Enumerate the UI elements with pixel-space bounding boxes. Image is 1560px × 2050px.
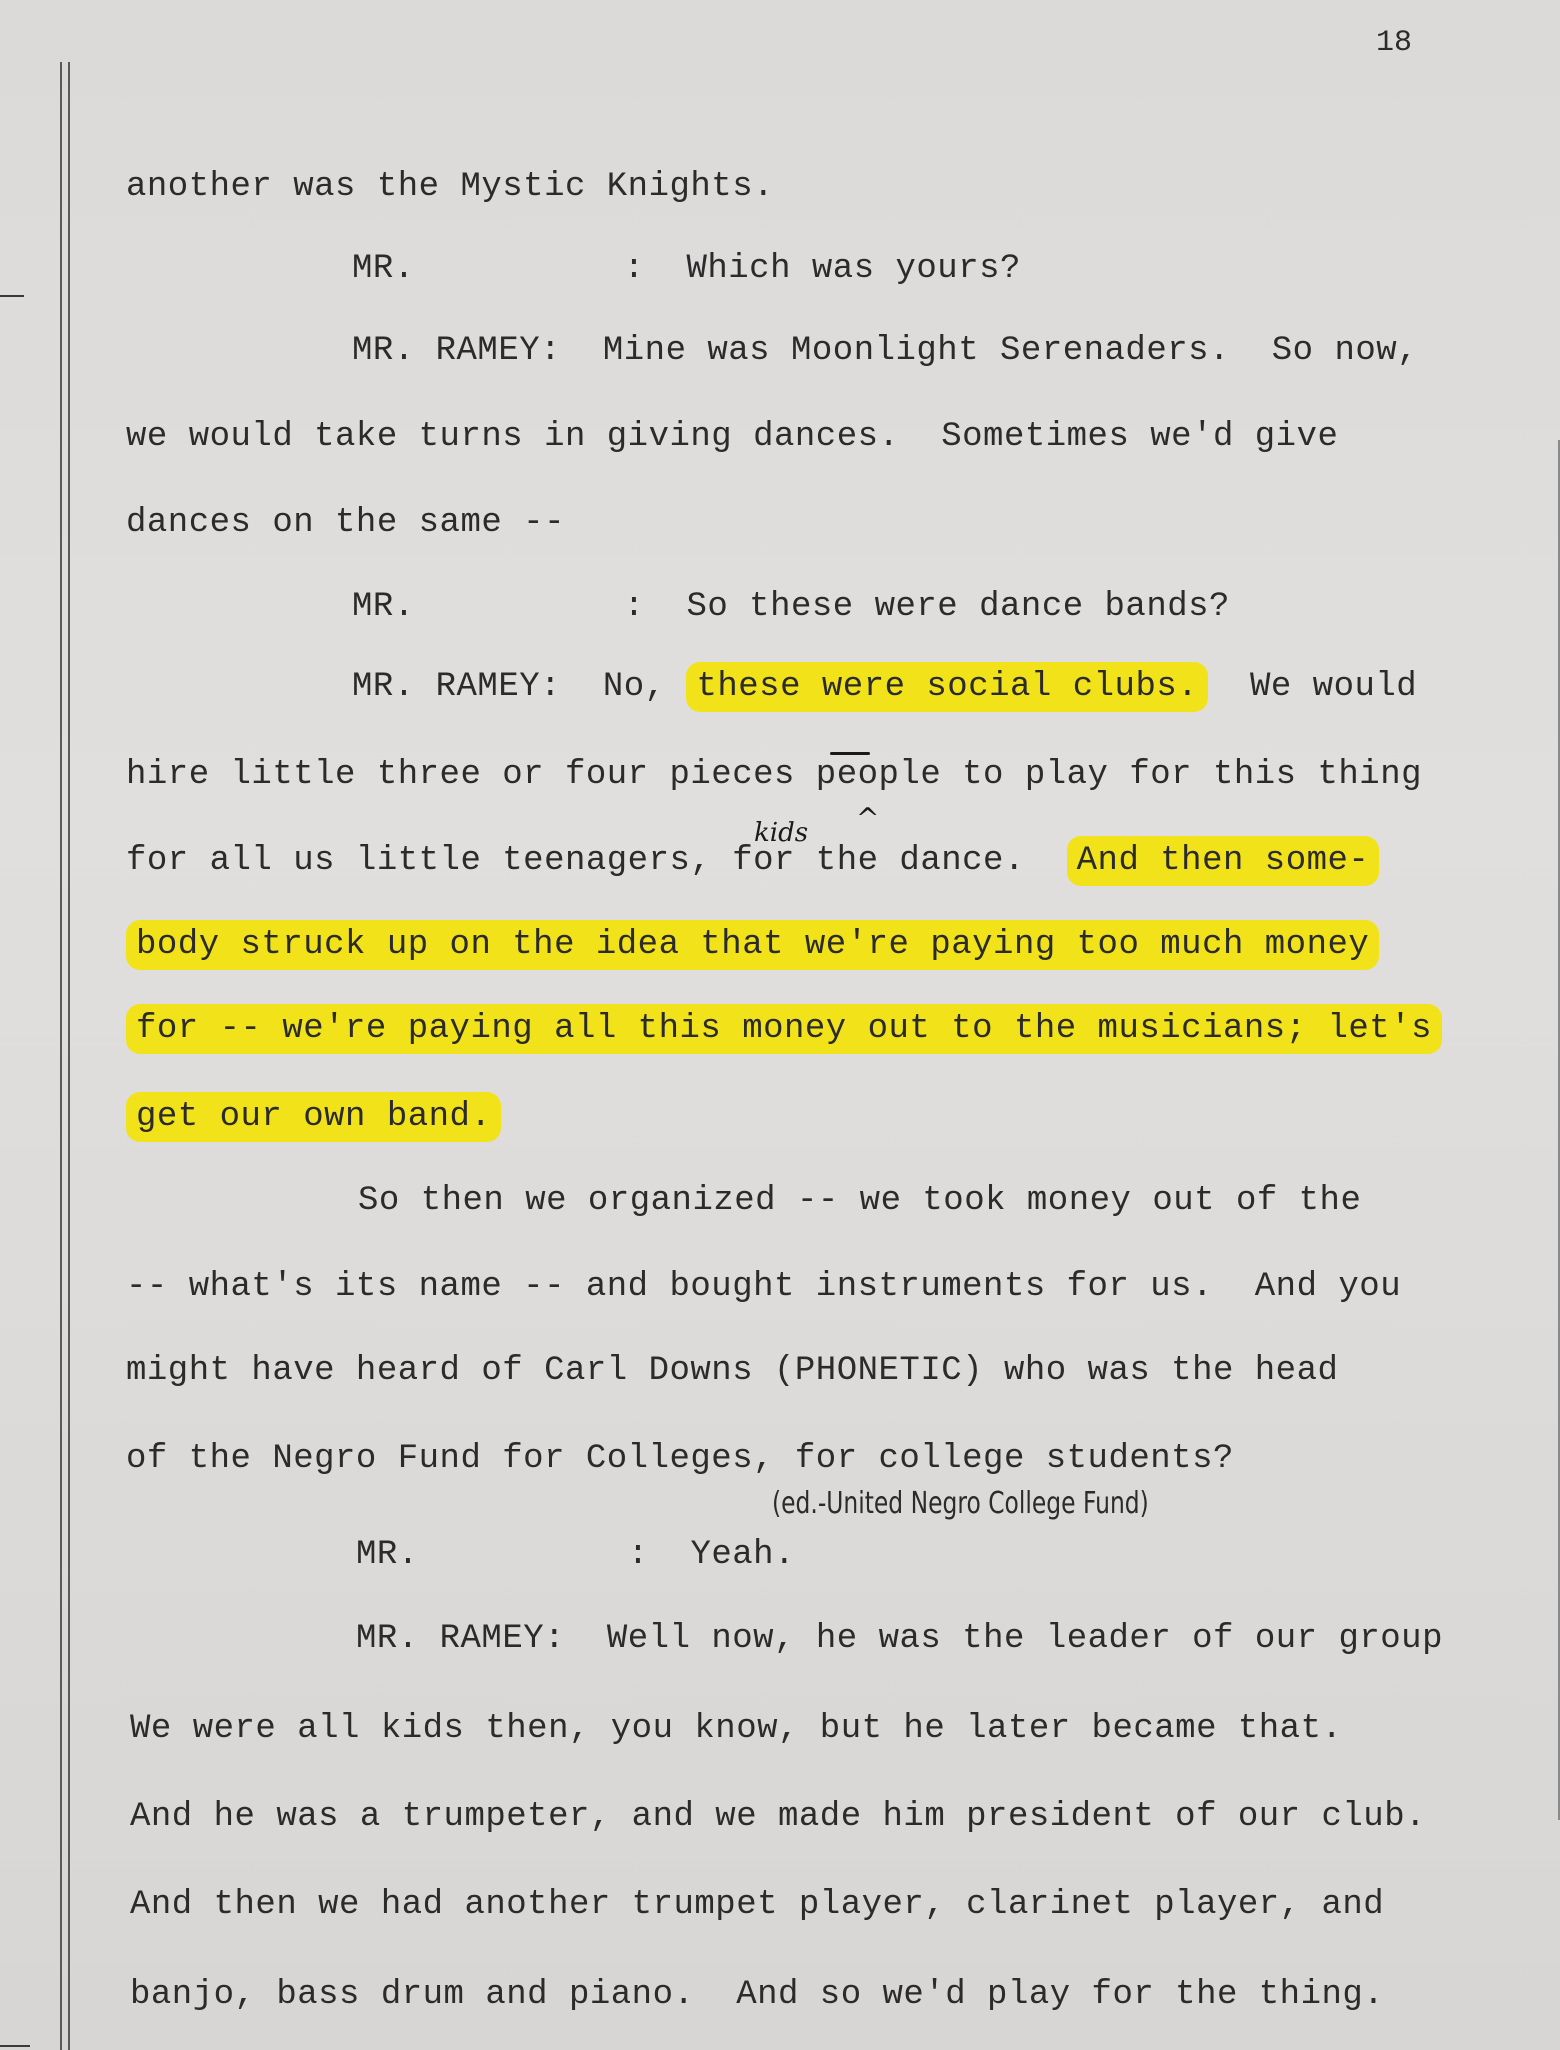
dialogue-line: MR. RAMEY: Mine was Moonlight Serenaders… [352,332,1418,370]
text-line: So then we organized -- we took money ou… [358,1182,1361,1220]
text-line: get our own band. [126,1098,501,1136]
highlighted-text: And then some- [1067,836,1380,886]
text-line: dances on the same -- [126,504,565,542]
text-line: body struck up on the idea that we're pa… [126,926,1379,964]
highlighted-text: these were social clubs. [686,662,1208,712]
text-line: another was the Mystic Knights. [126,168,774,206]
text-line: -- what's its name -- and bought instrum… [126,1268,1401,1306]
margin-tick [0,295,24,297]
speaker-label: MR. RAMEY: [356,1620,565,1658]
speaker-label: MR. [356,1536,419,1574]
dialogue-line: MR. RAMEY: Well now, he was the leader o… [356,1620,1443,1658]
speaker-label: MR. RAMEY: [352,332,561,370]
text-line: And he was a trumpeter, and we made him … [130,1798,1426,1836]
highlighted-text: for -- we're paying all this money out t… [126,1004,1442,1054]
text-line: And then we had another trumpet player, … [130,1886,1384,1924]
text-line: for -- we're paying all this money out t… [126,1010,1442,1048]
speaker-label: MR. [352,588,415,626]
margin-rule [60,62,62,2050]
text-line: for all us little teenagers, for the dan… [126,842,1379,880]
dialogue-line: MR. : Yeah. [356,1536,795,1574]
transcript-page: 18 another was the Mystic Knights. MR. :… [0,0,1560,2050]
text-line: we would take turns in giving dances. So… [126,418,1338,456]
text-line: of the Negro Fund for Colleges, for coll… [126,1440,1234,1478]
text-line: might have heard of Carl Downs (PHONETIC… [126,1352,1338,1390]
text-line: banjo, bass drum and piano. And so we'd … [130,1976,1384,2014]
margin-tick [0,2045,30,2047]
text-line: We were all kids then, you know, but he … [130,1710,1342,1748]
handwritten-caret: ^ [856,802,879,835]
dialogue-line: MR. : So these were dance bands? [352,588,1230,626]
editor-note: (ed.-United Negro College Fund) [772,1486,1149,1521]
margin-rule [68,62,70,2050]
page-number: 18 [1376,26,1412,60]
speaker-label: MR. [352,250,415,288]
highlighted-text: body struck up on the idea that we're pa… [126,920,1379,970]
highlighted-text: get our own band. [126,1092,501,1142]
dialogue-line: MR. RAMEY: No, these were social clubs. … [352,668,1417,706]
text-line: hire little three or four pieces people … [126,756,1422,794]
speaker-label: MR. RAMEY: [352,668,561,706]
handwritten-mark [830,752,870,755]
dialogue-line: MR. : Which was yours? [352,250,1021,288]
